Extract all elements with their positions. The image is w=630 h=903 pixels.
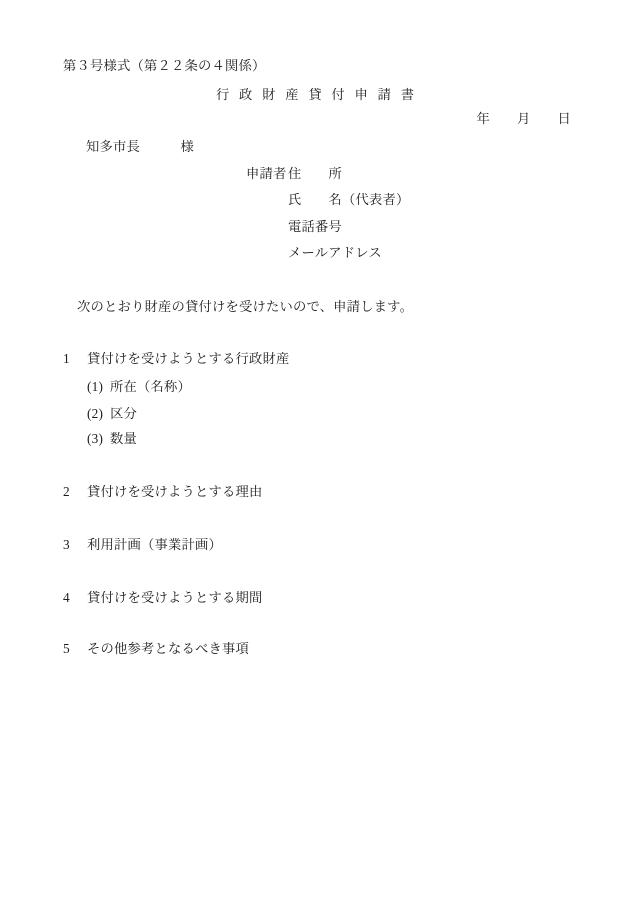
applicant-phone-label: 電話番号 — [288, 220, 342, 235]
item-label: その他参考となるべき事項 — [87, 642, 249, 657]
application-form-page: 第３号様式（第２２条の４関係） 行政財産貸付申請書 年 月 日 知多市長 様 申… — [0, 0, 630, 903]
item-label: 貸付けを受けようとする行政財産 — [87, 352, 289, 367]
item-number: 3 — [63, 538, 70, 553]
declaration-sentence: 次のとおり財産の貸付けを受けたいので、申請します。 — [77, 300, 413, 315]
subitem-number: (1) — [87, 380, 103, 395]
item-number: 2 — [63, 485, 70, 500]
subitem-label: 数量 — [110, 432, 137, 447]
item-number: 4 — [63, 591, 70, 606]
subitem-label: 区分 — [110, 407, 137, 422]
item-number: 5 — [63, 642, 70, 657]
applicant-label: 申請者 — [246, 167, 287, 182]
item-label: 貸付けを受けようとする理由 — [87, 485, 262, 500]
form-number: 第３号様式（第２２条の４関係） — [63, 59, 265, 74]
subitem-number: (3) — [87, 432, 103, 447]
applicant-address-label: 住 所 — [288, 167, 342, 182]
form-title: 行政財産貸付申請書 — [0, 88, 630, 103]
applicant-name-label: 氏 名（代表者） — [288, 193, 409, 208]
item-number: 1 — [63, 352, 70, 367]
item-label: 利用計画（事業計画） — [87, 538, 222, 553]
applicant-email-label: メールアドレス — [288, 246, 382, 261]
date-line: 年 月 日 — [477, 112, 571, 127]
item-label: 貸付けを受けようとする期間 — [87, 591, 262, 606]
subitem-label: 所在（名称） — [110, 380, 191, 395]
subitem-number: (2) — [87, 407, 103, 422]
addressee-line: 知多市長 様 — [86, 140, 194, 155]
